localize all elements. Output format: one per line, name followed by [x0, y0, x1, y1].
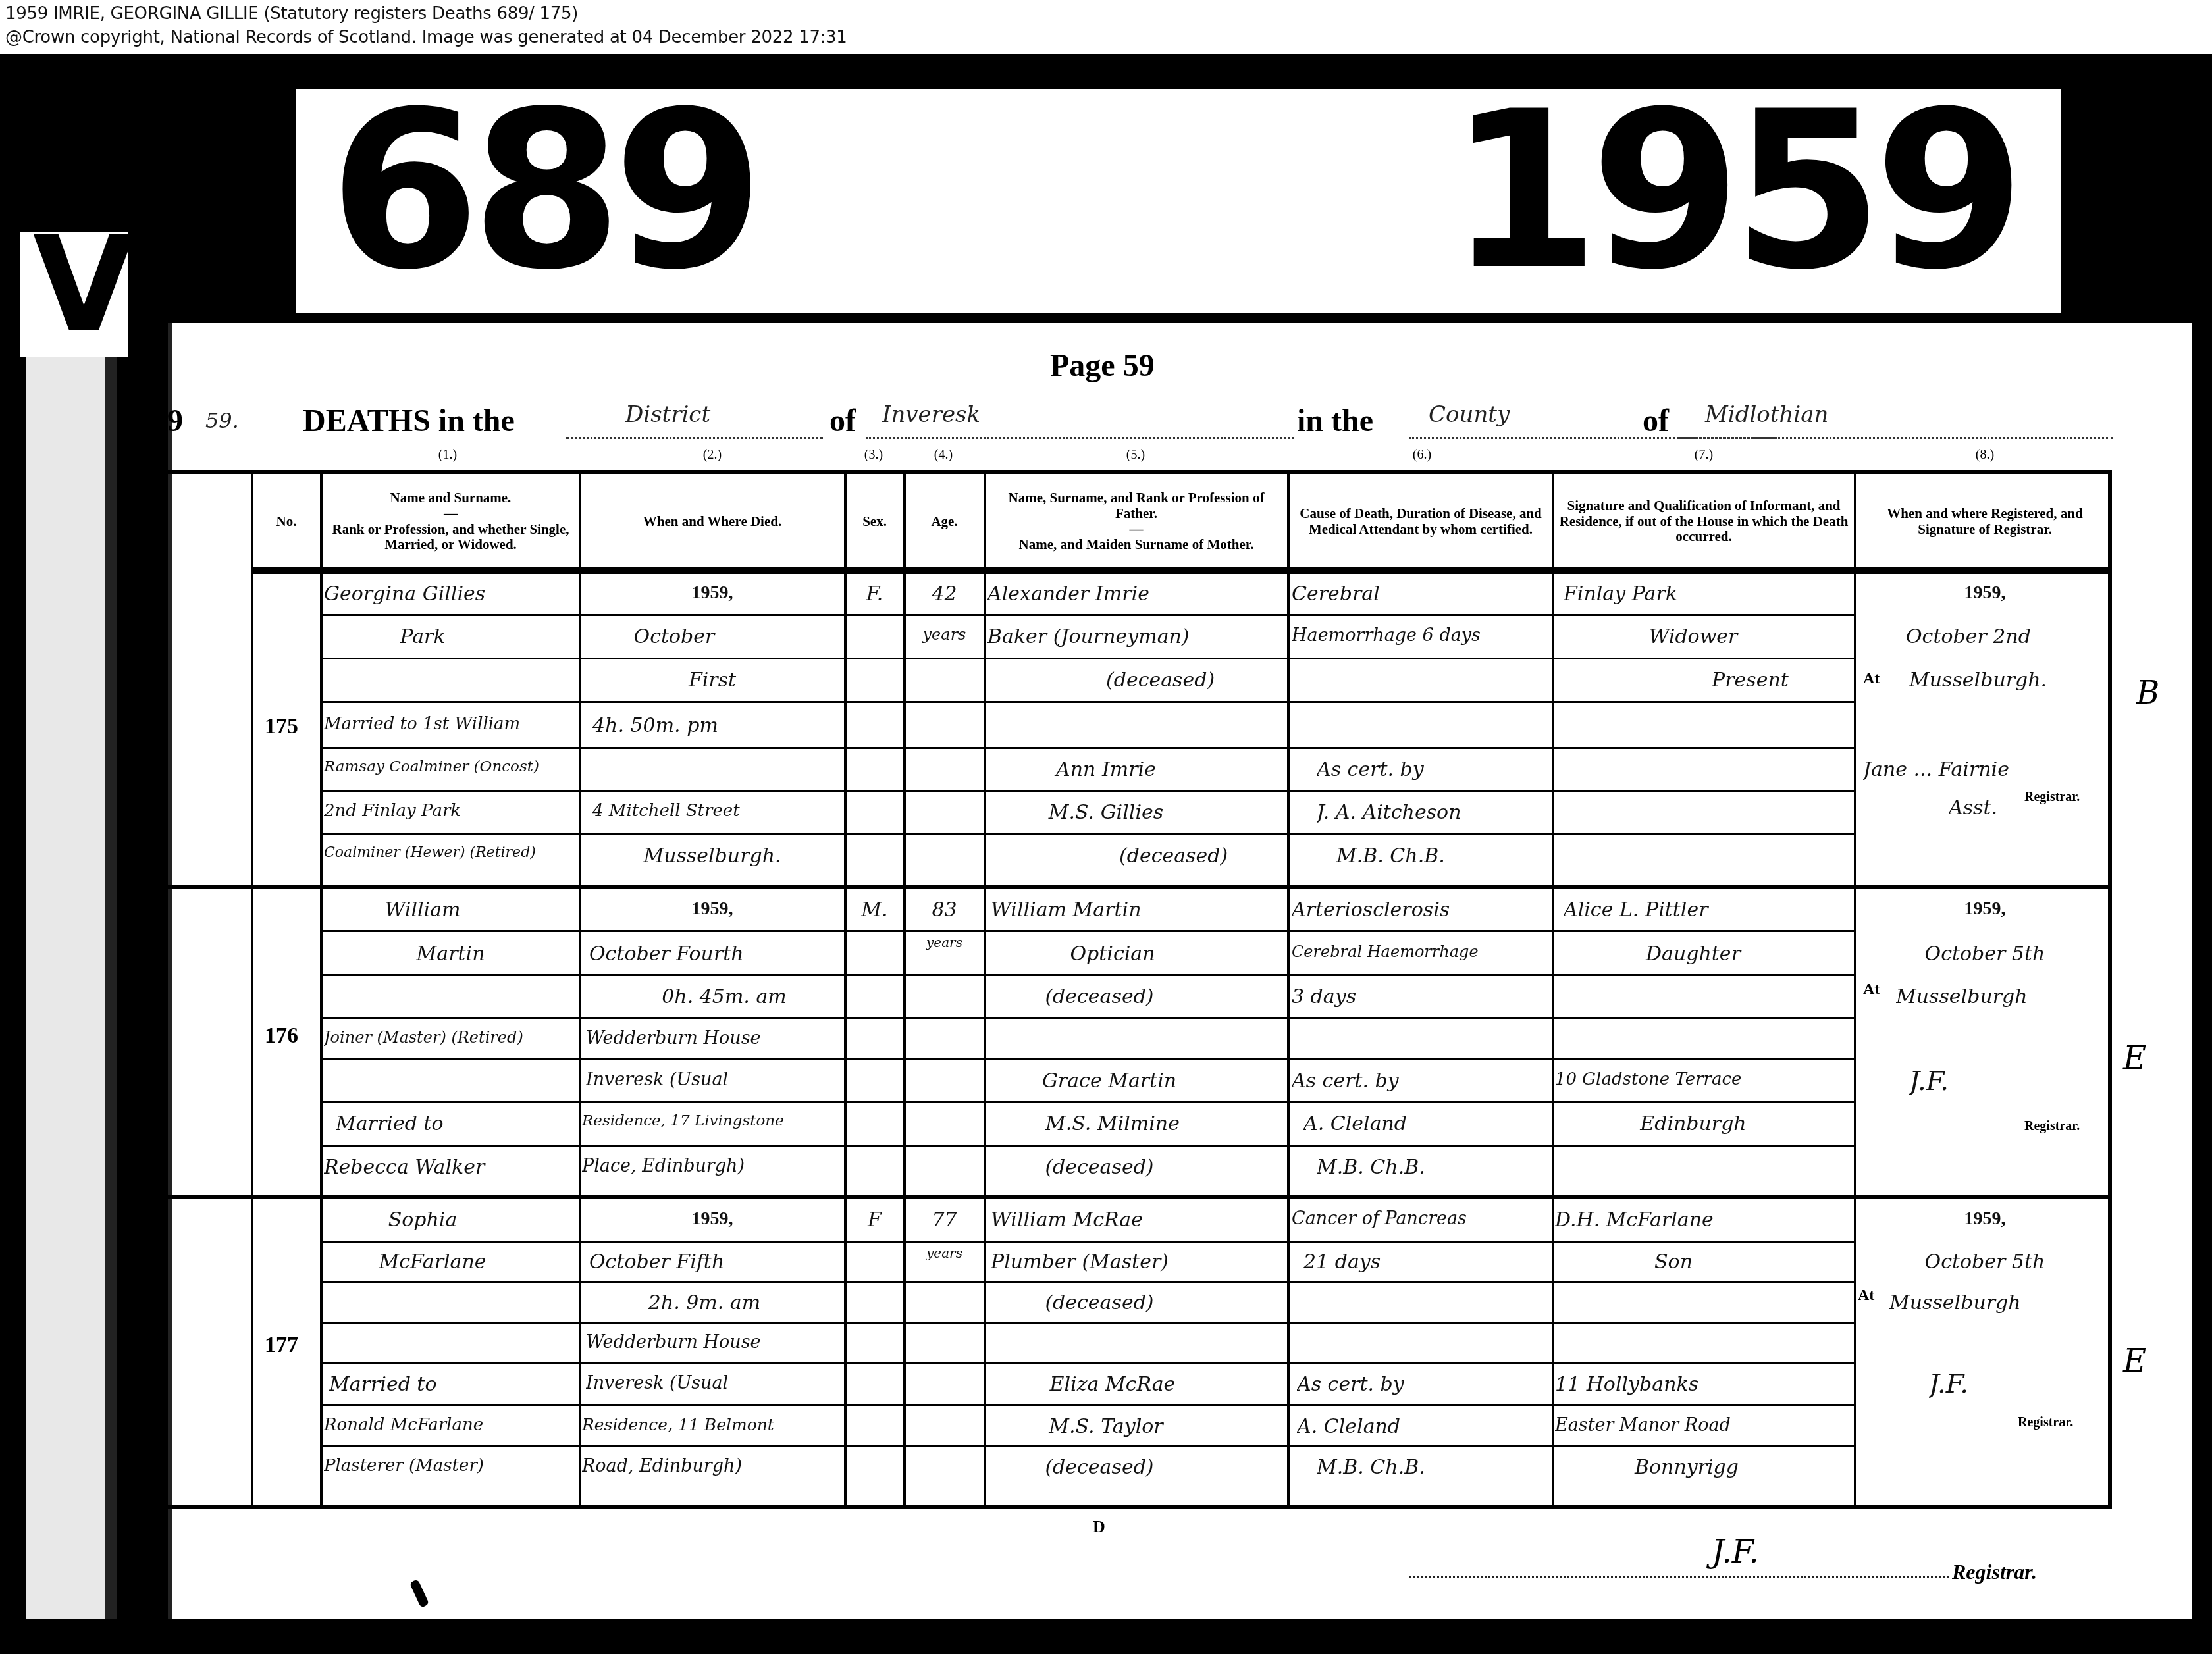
header-age: Age.: [907, 474, 982, 569]
volume-card: V: [20, 232, 128, 357]
deceased-name-line: Martin: [324, 943, 577, 966]
cause-line: Haemorrhage 6 days: [1292, 625, 1548, 646]
scan-edge-bottom: [0, 1619, 2212, 1654]
death-time: 2h. 9m. am: [592, 1291, 816, 1314]
entry-separator: [148, 1195, 2112, 1199]
column-divider: [1287, 470, 1290, 1509]
marital-status-line: 2nd Finlay Park: [324, 801, 577, 821]
register-heading: 19 59. DEATHS in the District of Inveres…: [151, 403, 2113, 449]
age-unit: years: [907, 1245, 982, 1261]
informant-residence: Easter Manor Road: [1555, 1415, 1845, 1435]
register-number-card: 689 1959: [296, 89, 2061, 313]
father-name: William Martin: [991, 898, 1284, 921]
register-year: 1959: [1448, 82, 2016, 299]
column-divider: [844, 470, 847, 1509]
informant-residence: Edinburgh: [1555, 1112, 1831, 1135]
county-type: County: [1429, 401, 1510, 428]
death-place-line: Inveresk (Usual: [586, 1070, 843, 1090]
column-number: (6.): [1413, 448, 1431, 463]
age-value: 42: [907, 582, 982, 606]
death-place-line: 4 Mitchell Street: [592, 801, 836, 821]
sex-value: F: [847, 1208, 902, 1231]
registered-year: 1959,: [1860, 898, 2110, 919]
death-place-line: Place, Edinburgh): [582, 1156, 843, 1176]
mother-maiden-surname: M.S. Gillies: [987, 801, 1224, 824]
death-place-line: Wedderburn House: [586, 1028, 843, 1048]
certified-by-line: A. Cleland: [1303, 1112, 1547, 1135]
sex-value: F.: [847, 582, 902, 606]
header-sex: Sex.: [847, 474, 902, 569]
entry-number: 175: [265, 714, 298, 739]
column-divider: [251, 470, 253, 1509]
death-place-line: Musselburgh.: [582, 844, 843, 867]
death-time: 0h. 45m. am: [606, 985, 843, 1008]
deceased-name-line: Park: [324, 625, 521, 648]
registered-year: 1959,: [1860, 582, 2110, 604]
registered-place: Musselburgh: [1889, 1291, 2107, 1314]
profession-line: Plasterer (Master): [324, 1456, 577, 1476]
registrar-label: Registrar.: [2018, 1415, 2073, 1430]
district-type: District: [625, 401, 710, 428]
informant-name: Finlay Park: [1564, 582, 1847, 606]
age-value: 83: [907, 898, 982, 921]
certified-by-line: A. Cleland: [1297, 1415, 1547, 1438]
registered-date: October 5th: [1860, 943, 2110, 966]
entry-separator: [148, 885, 2112, 889]
father-name: William McRae: [991, 1208, 1284, 1231]
mother-status: (deceased): [987, 1456, 1211, 1479]
column-numbers: (1.) (2.) (3.) (4.) (5.) (6.) (7.) (8.): [0, 448, 2212, 467]
death-date-line: October Fifth: [589, 1251, 839, 1274]
marital-status-line: Rebecca Walker: [324, 1156, 577, 1179]
deaths-in-the: DEATHS in the: [303, 403, 515, 439]
registrar-label: Registrar.: [2024, 1119, 2080, 1134]
informant-name: Alice L. Pittler: [1564, 898, 1847, 921]
certified-by-line: As cert. by: [1297, 1373, 1547, 1396]
registrar-signature: J.F.: [1929, 1369, 2061, 1399]
mother-status: (deceased): [987, 1156, 1211, 1179]
death-place-line: Residence, 11 Belmont: [582, 1415, 843, 1434]
header-registered: When and where Registered, and Signature…: [1860, 474, 2110, 569]
at-label: At: [1863, 670, 1880, 688]
scan-edge-right: [2192, 54, 2212, 1654]
informant-residence: Present: [1712, 669, 1850, 692]
death-date-line: First: [582, 669, 843, 692]
registered-date: October 5th: [1860, 1251, 2110, 1274]
informant-name: D.H. McFarlane: [1555, 1208, 1845, 1231]
header-name: Name and Surname. — Rank or Profession, …: [324, 474, 577, 569]
at-label: At: [1858, 1287, 1874, 1305]
header-informant: Signature and Qualification of Informant…: [1555, 474, 1853, 569]
mother-name: Eliza McRae: [987, 1373, 1238, 1396]
volume-strip: [26, 355, 117, 1619]
death-place-line: Wedderburn House: [586, 1332, 843, 1353]
column-number: (8.): [1976, 448, 1994, 463]
death-year: 1959,: [582, 582, 843, 604]
header-rule: [251, 567, 2112, 574]
informant-residence: 11 Hollybanks: [1555, 1373, 1845, 1396]
mother-name: Ann Imrie: [987, 758, 1224, 781]
marital-status-line: Married to: [329, 1373, 573, 1396]
margin-annotation: B: [2136, 675, 2159, 711]
district-type-line: [566, 437, 823, 439]
certified-by-line: M.B. Ch.B.: [1317, 1156, 1547, 1179]
registered-place: Musselburgh: [1896, 985, 2107, 1008]
informant-residence: Bonnyrigg: [1555, 1456, 1818, 1479]
death-place-line: Residence, 17 Livingstone: [582, 1112, 843, 1129]
father-profession: Optician: [987, 943, 1238, 966]
informant-qualification: Son: [1555, 1251, 1792, 1274]
informant-residence: 10 Gladstone Terrace: [1555, 1070, 1851, 1089]
county-name-line: [1679, 437, 2113, 439]
column-number: (5.): [1126, 448, 1145, 463]
death-year: 1959,: [582, 1208, 843, 1229]
cause-line: Cerebral: [1292, 582, 1548, 606]
registrar-label: Registrar.: [2024, 790, 2080, 805]
column-number: (7.): [1695, 448, 1713, 463]
father-profession: Plumber (Master): [991, 1251, 1284, 1274]
column-divider: [1552, 470, 1554, 1509]
column-number: (2.): [703, 448, 722, 463]
certified-by-line: J. A. Aitcheson: [1317, 801, 1547, 824]
death-place-line: Inveresk (Usual: [586, 1373, 843, 1393]
column-number: (4.): [934, 448, 953, 463]
column-number: (3.): [864, 448, 883, 463]
registrar-signature: Jane ... Fairnie: [1863, 758, 2107, 781]
father-profession: Baker (Journeyman): [987, 625, 1284, 648]
record-title: 1959 IMRIE, GEORGINA GILLIE (Statutory r…: [5, 4, 578, 24]
death-year: 1959,: [582, 898, 843, 919]
informant-qualification: Widower: [1555, 625, 1831, 648]
deceased-name-line: Sophia: [324, 1208, 521, 1231]
father-status: (deceased): [987, 985, 1211, 1008]
death-date-line: October: [582, 625, 766, 648]
registered-year: 1959,: [1860, 1208, 2110, 1229]
column-divider: [1854, 470, 1856, 1509]
age-unit: years: [907, 935, 982, 950]
death-place-line: Road, Edinburgh): [582, 1456, 843, 1476]
page-number: Page 59: [1050, 348, 1155, 384]
column-divider: [320, 470, 323, 1509]
mother-status: (deceased): [1119, 844, 1284, 867]
header-no: No.: [253, 474, 319, 569]
father-status: (deceased): [987, 1291, 1211, 1314]
entry-number: 176: [265, 1023, 298, 1048]
header-parents: Name, Surname, and Rank or Profession of…: [987, 474, 1286, 569]
marital-status-line: Married to 1st William: [324, 714, 577, 734]
cause-line: 21 days: [1303, 1251, 1547, 1274]
of-label-1: of: [829, 403, 856, 439]
age-value: 77: [907, 1208, 982, 1231]
certified-by-line: As cert. by: [1317, 758, 1547, 781]
deceased-name-line: William: [324, 898, 521, 921]
profession-line: Joiner (Master) (Retired): [324, 1028, 577, 1047]
mother-maiden-surname: M.S. Milmine: [987, 1112, 1238, 1135]
cause-line: 3 days: [1292, 985, 1548, 1008]
cause-line: Cerebral Haemorrhage: [1292, 943, 1548, 961]
entry-number: 177: [265, 1333, 298, 1358]
deceased-name-line: McFarlane: [324, 1251, 541, 1274]
informant-qualification: Daughter: [1555, 943, 1831, 966]
certified-by-line: M.B. Ch.B.: [1336, 844, 1547, 867]
volume-letter: V: [33, 220, 135, 351]
copyright-notice: @Crown copyright, National Records of Sc…: [5, 28, 847, 47]
district-number: 689: [329, 82, 755, 299]
header-cause: Cause of Death, Duration of Disease, and…: [1292, 474, 1550, 569]
margin-annotation: E: [2123, 1040, 2146, 1077]
age-unit: years: [907, 625, 982, 644]
header-when-where: When and Where Died.: [582, 474, 843, 569]
marital-status-line: Ronald McFarlane: [324, 1415, 577, 1435]
registrar-signature-line: [1409, 1576, 1949, 1578]
in-the-label: in the: [1297, 403, 1373, 439]
county-name: Midlothian: [1705, 401, 1828, 428]
of-label-2: of: [1643, 403, 1669, 439]
district-name-line: [866, 437, 1294, 439]
registered-place: Musselburgh.: [1909, 669, 2107, 692]
page-registrar-label: Registrar.: [1952, 1560, 2037, 1584]
mother-maiden-surname: M.S. Taylor: [987, 1415, 1224, 1438]
at-label: At: [1863, 981, 1880, 998]
registrar-signature: J.F.: [1909, 1066, 2041, 1097]
cause-line: Arteriosclerosis: [1292, 898, 1548, 921]
marital-status-line: Married to: [336, 1112, 573, 1135]
registered-date: October 2nd: [1860, 625, 2077, 648]
registrar-title: Asst.: [1949, 796, 2008, 819]
page-mark: D: [1093, 1517, 1105, 1537]
certified-by-line: M.B. Ch.B.: [1317, 1456, 1547, 1479]
father-status: (deceased): [1106, 669, 1284, 692]
column-divider: [903, 470, 906, 1509]
father-name: Alexander Imrie: [987, 582, 1284, 606]
certified-by-line: As cert. by: [1292, 1070, 1548, 1093]
deceased-name-line: Georgina Gillies: [324, 582, 574, 606]
marital-status-line: Coalminer (Hewer) (Retired): [324, 844, 577, 861]
marital-status-line: Ramsay Coalminer (Oncost): [324, 758, 577, 775]
district-name: Inveresk: [882, 401, 980, 428]
page-registrar-signature: J.F.: [1712, 1534, 1759, 1570]
sex-value: M.: [847, 898, 902, 921]
death-time: 4h. 50m. pm: [592, 714, 836, 737]
cause-line: Cancer of Pancreas: [1292, 1208, 1548, 1229]
year-suffix: 59.: [205, 408, 239, 433]
mother-name: Grace Martin: [987, 1070, 1231, 1093]
death-date-line: October Fourth: [589, 943, 839, 966]
column-number: (1.): [438, 448, 457, 463]
column-divider: [984, 470, 986, 1509]
column-divider: [579, 470, 581, 1509]
margin-annotation: E: [2123, 1343, 2146, 1380]
year-prefix: 19: [151, 403, 183, 439]
